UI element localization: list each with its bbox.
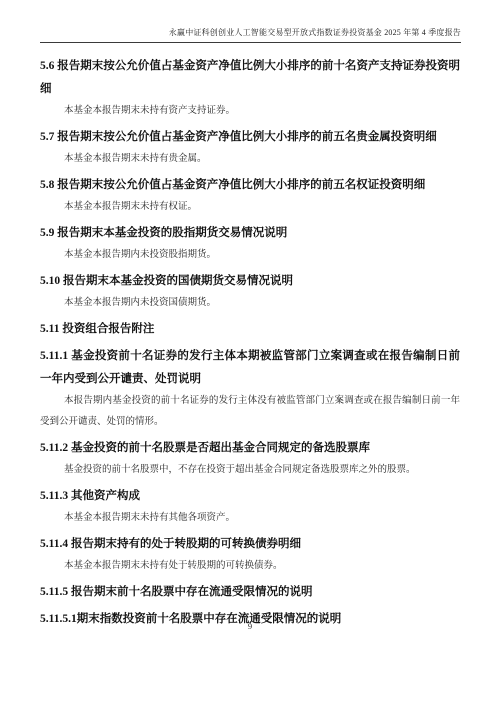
section-body: 本基金本报告期内未投资国债期货。	[40, 293, 460, 314]
section-5-11-1: 5.11.1 基金投资前十名证券的发行主体本期被监管部门立案调查或在报告编制日前…	[40, 345, 460, 433]
page-number: 9	[0, 621, 500, 631]
section-heading: 5.10 报告期末本基金投资的国债期货交易情况说明	[40, 270, 460, 293]
running-header: 永赢中证科创创业人工智能交易型开放式指数证券投资基金 2025 年第 4 季度报…	[40, 28, 461, 43]
section-heading: 5.8 报告期末按公允价值占基金资产净值比例大小排序的前五名权证投资明细	[40, 174, 460, 197]
document-page: 永赢中证科创创业人工智能交易型开放式指数证券投资基金 2025 年第 4 季度报…	[0, 0, 500, 707]
section-body: 本基金本报告期末未持有资产支持证券。	[40, 101, 460, 122]
section-heading: 5.6 报告期末按公允价值占基金资产净值比例大小排序的前十名资产支持证券投资明细	[40, 55, 460, 101]
section-heading: 5.7 报告期末按公允价值占基金资产净值比例大小排序的前五名贵金属投资明细	[40, 126, 460, 149]
section-body: 本基金本报告期末未持有其他各项资产。	[40, 508, 460, 529]
section-5-9: 5.9 报告期末本基金投资的股指期货交易情况说明 本基金本报告期内未投资股指期货…	[40, 222, 460, 266]
section-heading: 5.11 投资组合报告附注	[40, 318, 460, 341]
section-heading: 5.11.5 报告期末前十名股票中存在流通受限情况的说明	[40, 581, 460, 604]
section-5-7: 5.7 报告期末按公允价值占基金资产净值比例大小排序的前五名贵金属投资明细 本基…	[40, 126, 460, 170]
section-heading: 5.11.4 报告期末持有的处于转股期的可转换债券明细	[40, 533, 460, 556]
section-5-11-2: 5.11.2 基金投资的前十名股票是否超出基金合同规定的备选股票库 基金投资的前…	[40, 437, 460, 481]
section-heading: 5.11.3 其他资产构成	[40, 485, 460, 508]
document-content: 5.6 报告期末按公允价值占基金资产净值比例大小排序的前十名资产支持证券投资明细…	[40, 51, 460, 631]
section-5-11-3: 5.11.3 其他资产构成 本基金本报告期末未持有其他各项资产。	[40, 485, 460, 529]
section-body: 本基金本报告期末未持有处于转股期的可转换债券。	[40, 556, 460, 577]
section-body: 本基金本报告期内未投资股指期货。	[40, 245, 460, 266]
section-5-11-5: 5.11.5 报告期末前十名股票中存在流通受限情况的说明	[40, 581, 460, 604]
section-5-6: 5.6 报告期末按公允价值占基金资产净值比例大小排序的前十名资产支持证券投资明细…	[40, 55, 460, 122]
section-5-10: 5.10 报告期末本基金投资的国债期货交易情况说明 本基金本报告期内未投资国债期…	[40, 270, 460, 314]
section-body: 基金投资的前十名股票中，不存在投资于超出基金合同规定备选股票库之外的股票。	[40, 460, 460, 481]
section-body: 本基金本报告期末未持有贵金属。	[40, 149, 460, 170]
section-5-11: 5.11 投资组合报告附注	[40, 318, 460, 341]
section-5-8: 5.8 报告期末按公允价值占基金资产净值比例大小排序的前五名权证投资明细 本基金…	[40, 174, 460, 218]
section-body: 本基金本报告期末未持有权证。	[40, 197, 460, 218]
section-5-11-4: 5.11.4 报告期末持有的处于转股期的可转换债券明细 本基金本报告期末未持有处…	[40, 533, 460, 577]
section-body: 本报告期内基金投资的前十名证券的发行主体没有被监管部门立案调查或在报告编制日前一…	[40, 391, 460, 433]
section-heading: 5.11.1 基金投资前十名证券的发行主体本期被监管部门立案调查或在报告编制日前…	[40, 345, 460, 391]
section-heading: 5.9 报告期末本基金投资的股指期货交易情况说明	[40, 222, 460, 245]
section-heading: 5.11.2 基金投资的前十名股票是否超出基金合同规定的备选股票库	[40, 437, 460, 460]
